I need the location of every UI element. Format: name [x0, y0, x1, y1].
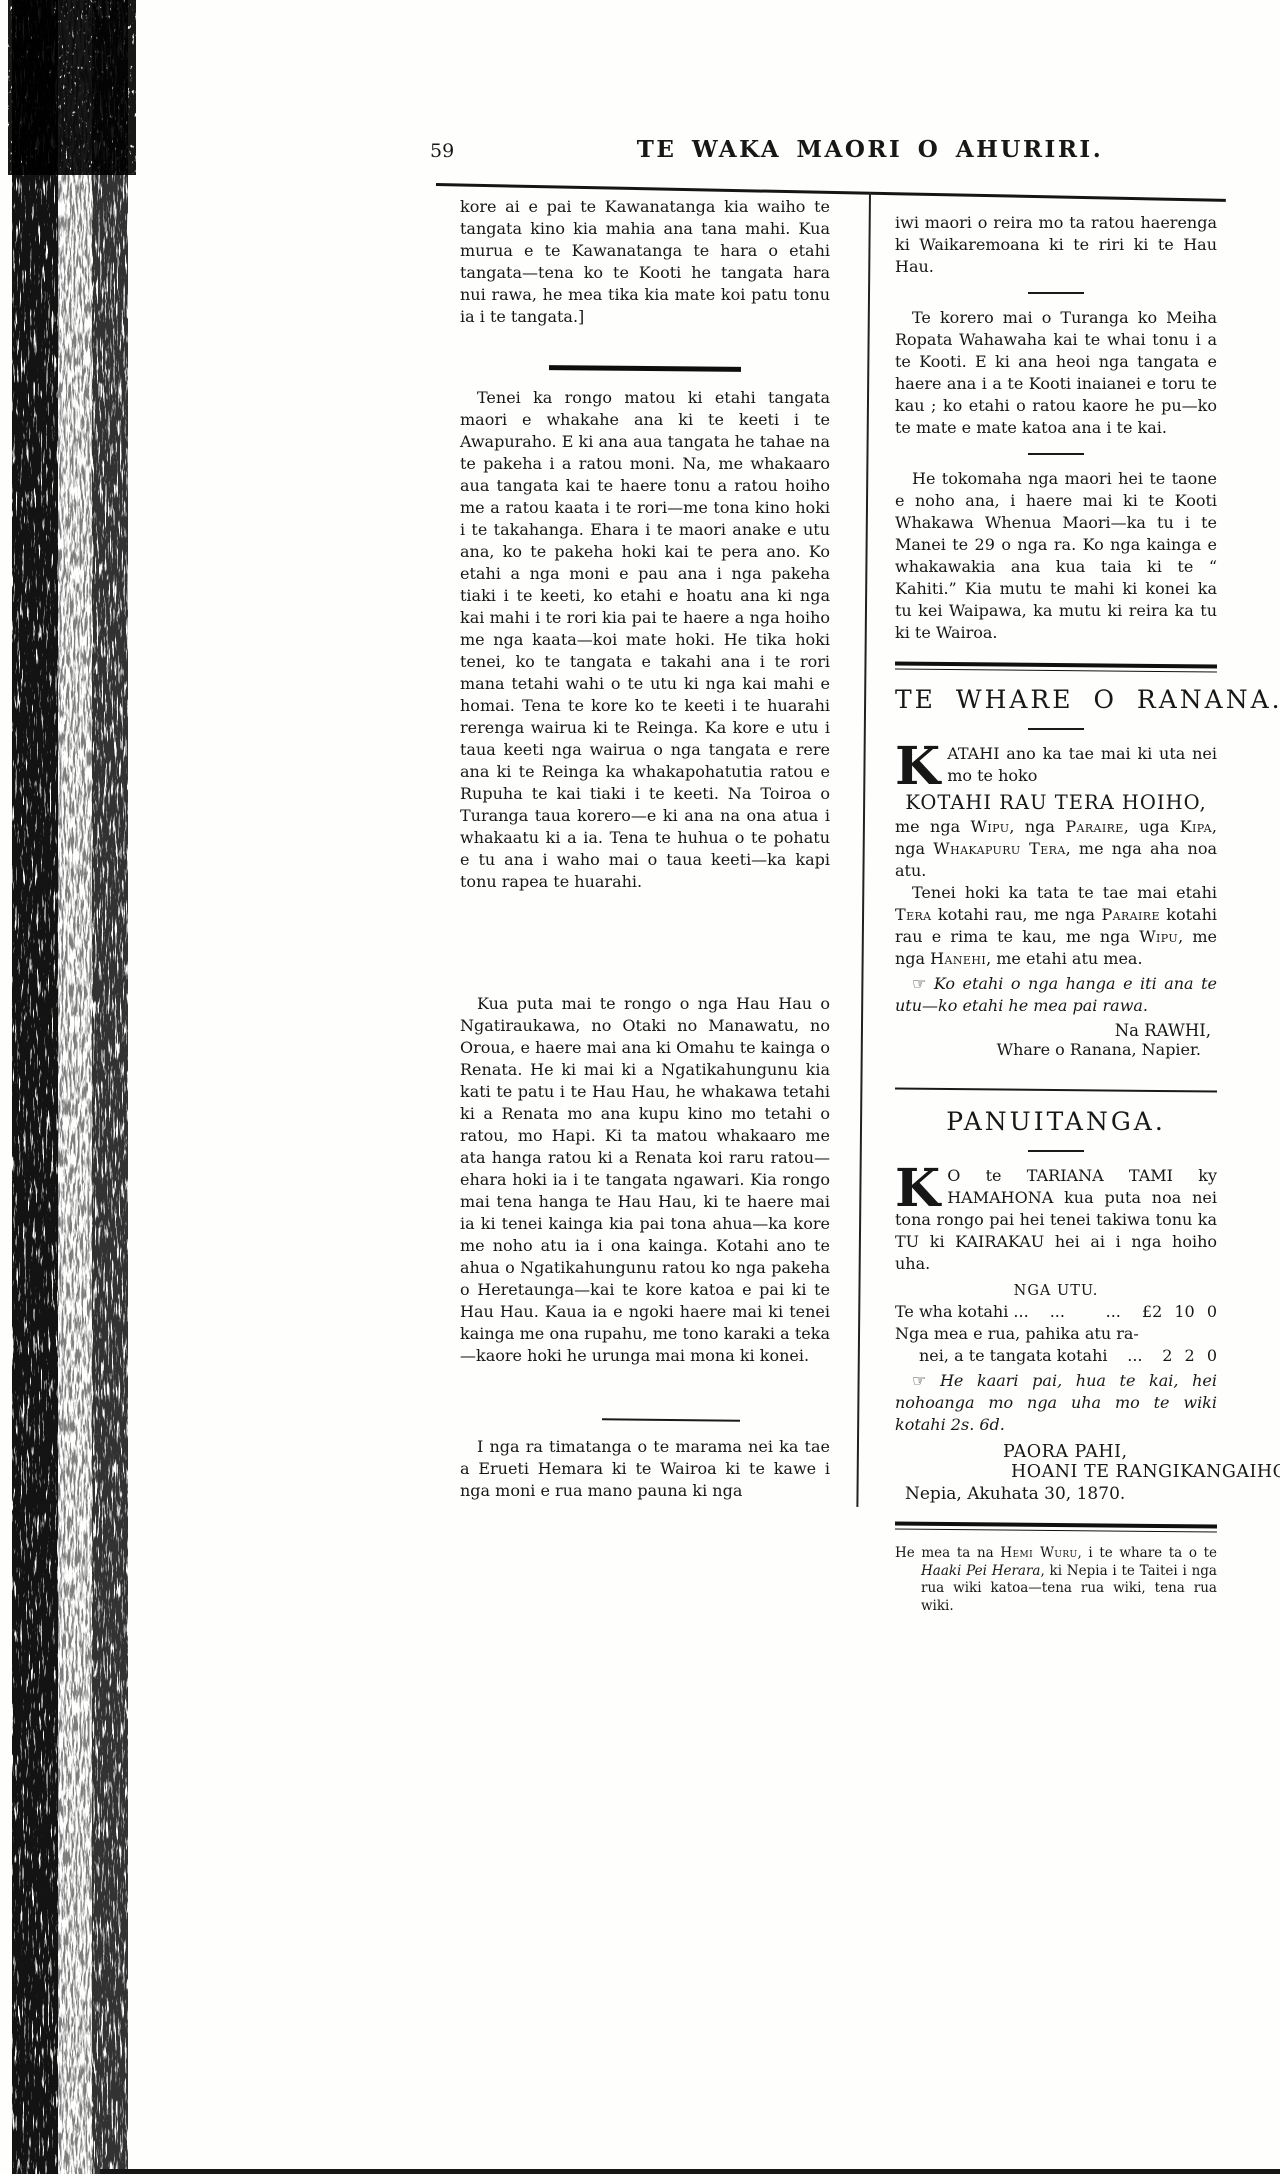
heading-panuitanga: PANUITANGA. [895, 1107, 1217, 1136]
right-column: iwi maori o reira mo ta ratou haerenga k… [895, 212, 1217, 1615]
signature-place: Whare o Ranana, Napier. [895, 1040, 1217, 1059]
page-number: 59 [430, 140, 454, 162]
imprint-colophon: He mea ta na Hemi Wuru, i te whare ta o … [895, 1545, 1217, 1615]
fee-row: Te wha kotahi ... ... ... £2 10 0 [895, 1301, 1217, 1323]
paragraph-price-note: ☞ Ko etahi o nga hanga e iti ana te utu—… [895, 973, 1217, 1017]
left-column: kore ai e pai te Kawanatanga kia waiho t… [460, 196, 830, 1502]
section-divider-heavy-rule [549, 365, 741, 372]
scan-noise-texture [58, 0, 92, 2174]
paragraph-katahi-text: ATAHI ano ka tae mai ki uta nei mo te ho… [947, 744, 1217, 785]
section-divider-double-rule [895, 661, 1217, 672]
fee-label: Te wha kotahi ... [895, 1301, 1029, 1323]
paragraph-erueti-money: I nga ra timatanga o te marama nei ka ta… [460, 1436, 830, 1502]
heading-underline-rule [1028, 728, 1084, 730]
masthead-title: TE WAKA MAORI O AHURIRI. [620, 136, 1120, 163]
section-divider-rule [1028, 292, 1084, 294]
scan-noise-texture [8, 0, 136, 175]
paragraph-kooti-closing: kore ai e pai te Kawanatanga kia waiho t… [460, 196, 830, 328]
scan-noise-texture [12, 0, 58, 2174]
paragraph-grazing-note: ☞ He kaari pai, hua te kai, hei nohoanga… [895, 1370, 1217, 1436]
fee-amount: 2 2 0 [1162, 1345, 1217, 1367]
paragraph-toll-gate: Tenei ka rongo matou ki etahi tangata ma… [460, 387, 830, 893]
drop-cap-k: K [895, 1165, 947, 1209]
signature-paora-pahi: PAORA PAHI, [895, 1442, 1217, 1462]
paragraph-stallion-notice: K O te TARIANA TAMI ky HAMAHONA kua puta… [895, 1165, 1217, 1275]
fee-row: Nga mea e rua, pahika atu ra- [895, 1323, 1217, 1345]
heading-underline-rule [1028, 1150, 1084, 1152]
paragraph-turanga-news: Te korero mai o Turanga ko Meiha Ropata … [895, 307, 1217, 439]
column-divider-rule [856, 192, 871, 1507]
fee-row: nei, a te tangata kotahi ... 2 2 0 [895, 1345, 1217, 1367]
fee-label: Nga mea e rua, pahika atu ra- [895, 1323, 1139, 1345]
fee-table: Te wha kotahi ... ... ... £2 10 0 Nga me… [895, 1301, 1217, 1367]
section-divider-double-rule [895, 1521, 1217, 1532]
fee-dot-leaders: ... [1108, 1345, 1163, 1367]
paragraph-goods: me nga Wipu, nga Paraire, uga Kipa, nga … [895, 816, 1217, 882]
paragraph-land-court: He tokomaha nga maori hei te taone e noh… [895, 468, 1217, 644]
fee-amount: £2 10 0 [1142, 1301, 1217, 1323]
drop-cap-k: K [895, 743, 947, 787]
paragraph-katahi-intro: K ATAHI ano ka tae mai ki uta nei mo te … [895, 743, 1217, 787]
heading-nga-utu: NGA UTU. [895, 1283, 1217, 1299]
section-divider-rule [602, 1418, 740, 1421]
scan-noise-band [0, 0, 140, 2174]
paragraph-iwi-continuation: iwi maori o reira mo ta ratou haerenga k… [895, 212, 1217, 278]
signature-rawhi: Na RAWHI, [895, 1021, 1217, 1040]
paragraph-more-goods: Tenei hoki ka tata te tae mai etahi Tera… [895, 882, 1217, 970]
fee-dot-leaders: ... ... [1029, 1301, 1142, 1323]
scan-artifact-bottom-bar [100, 2169, 1280, 2174]
paragraph-hauhau-visit: Kua puta mai te rongo o nga Hau Hau o Ng… [460, 993, 830, 1367]
heading-te-whare-o-ranana: TE WHARE O RANANA. [895, 685, 1217, 714]
section-divider-rule [1028, 453, 1084, 455]
section-divider-rule [895, 1087, 1217, 1092]
fee-label: nei, a te tangata kotahi [895, 1345, 1108, 1367]
scan-noise-texture [92, 0, 128, 2174]
newspaper-page: 59 TE WAKA MAORI O AHURIRI. kore ai e pa… [0, 0, 1280, 2174]
dateline: Nepia, Akuhata 30, 1870. [895, 1484, 1217, 1504]
line-kotahi-rau-tera-hoiho: KOTAHI RAU TERA HOIHO, [895, 791, 1217, 814]
signature-hoani: HOANI TE RANGIKANGAIHO. [895, 1462, 1217, 1482]
